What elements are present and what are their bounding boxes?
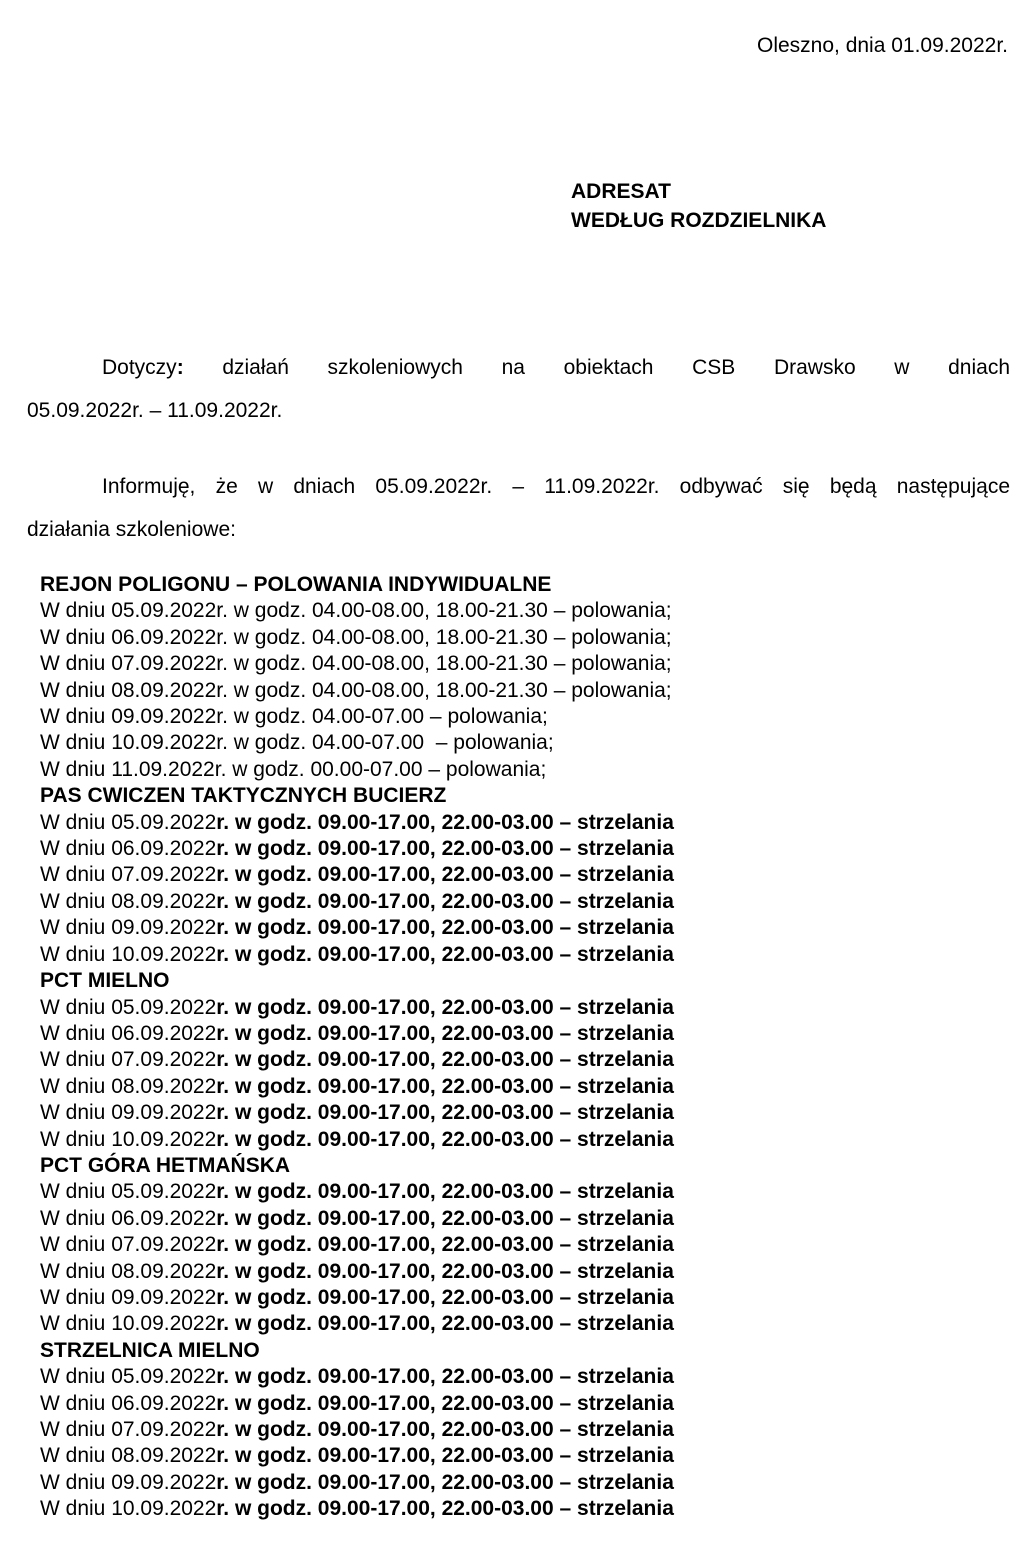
schedule-entry: W dniu 05.09.2022r. w godz. 04.00-08.00,… [40,598,674,624]
schedule-entry: W dniu 06.09.2022r. w godz. 09.00-17.00,… [40,1391,674,1417]
schedule-entry: W dniu 07.09.2022r. w godz. 04.00-08.00,… [40,651,674,677]
schedule-entry: W dniu 08.09.2022r. w godz. 09.00-17.00,… [40,1259,674,1285]
entry-hours: r. w godz. 09.00-17.00, 22.00-03.00 – st… [216,890,674,913]
schedule-section: STRZELNICA MIELNOW dniu 05.09.2022r. w g… [40,1338,674,1523]
schedule-entry: W dniu 07.09.2022r. w godz. 09.00-17.00,… [40,1417,674,1443]
entry-date: W dniu 09.09.2022r. w godz. 04.00-07.00 … [40,705,548,728]
entry-date: W dniu 07.09.2022 [40,1048,216,1071]
entry-date: W dniu 05.09.2022 [40,996,216,1019]
entry-hours: r. w godz. 09.00-17.00, 22.00-03.00 – st… [216,916,674,939]
entry-hours: r. w godz. 09.00-17.00, 22.00-03.00 – st… [216,1075,674,1098]
entry-date: W dniu 05.09.2022 [40,811,216,834]
schedule-section: PCT GÓRA HETMAŃSKAW dniu 05.09.2022r. w … [40,1153,674,1338]
subject-colon: : [177,356,184,379]
entry-date: W dniu 10.09.2022 [40,1497,216,1520]
schedule-entry: W dniu 05.09.2022r. w godz. 09.00-17.00,… [40,995,674,1021]
entry-date: W dniu 06.09.2022 [40,1392,216,1415]
section-title: PAS CWICZEN TAKTYCZNYCH BUCIERZ [40,783,674,809]
entry-hours: r. w godz. 09.00-17.00, 22.00-03.00 – st… [216,1365,674,1388]
entry-date: W dniu 07.09.2022 [40,1418,216,1441]
subject-label: Dotyczy [102,356,177,379]
schedule-entry: W dniu 07.09.2022r. w godz. 09.00-17.00,… [40,862,674,888]
entry-date: W dniu 08.09.2022 [40,890,216,913]
schedule-entry: W dniu 08.09.2022r. w godz. 09.00-17.00,… [40,889,674,915]
entry-hours: r. w godz. 09.00-17.00, 22.00-03.00 – st… [216,1128,674,1151]
entry-hours: r. w godz. 09.00-17.00, 22.00-03.00 – st… [216,863,674,886]
schedule-entry: W dniu 05.09.2022r. w godz. 09.00-17.00,… [40,810,674,836]
entry-hours: r. w godz. 09.00-17.00, 22.00-03.00 – st… [216,1418,674,1441]
intro-line-1: Informuję, że w dniach 05.09.2022r. – 11… [27,465,1010,508]
schedule-entry: W dniu 08.09.2022r. w godz. 09.00-17.00,… [40,1443,674,1469]
entry-date: W dniu 11.09.2022r. w godz. 00.00-07.00 … [40,758,546,781]
entry-hours: r. w godz. 09.00-17.00, 22.00-03.00 – st… [216,837,674,860]
entry-hours: r. w godz. 09.00-17.00, 22.00-03.00 – st… [216,1392,674,1415]
entry-hours: r. w godz. 09.00-17.00, 22.00-03.00 – st… [216,1497,674,1520]
schedule-entry: W dniu 09.09.2022r. w godz. 09.00-17.00,… [40,1100,674,1126]
section-title: PCT GÓRA HETMAŃSKA [40,1153,674,1179]
schedule-entry: W dniu 10.09.2022r. w godz. 09.00-17.00,… [40,1311,674,1337]
entry-date: W dniu 06.09.2022 [40,1022,216,1045]
schedule-entry: W dniu 09.09.2022r. w godz. 04.00-07.00 … [40,704,674,730]
entry-date: W dniu 07.09.2022 [40,1233,216,1256]
entry-date: W dniu 07.09.2022r. w godz. 04.00-08.00,… [40,652,672,675]
subject-line-2: 05.09.2022r. – 11.09.2022r. [27,399,282,422]
schedule-section: PAS CWICZEN TAKTYCZNYCH BUCIERZW dniu 05… [40,783,674,968]
schedule-entry: W dniu 08.09.2022r. w godz. 09.00-17.00,… [40,1074,674,1100]
entry-date: W dniu 10.09.2022 [40,943,216,966]
training-schedule: REJON POLIGONU – POLOWANIA INDYWIDUALNEW… [40,572,674,1523]
schedule-entry: W dniu 11.09.2022r. w godz. 00.00-07.00 … [40,757,674,783]
entry-date: W dniu 06.09.2022 [40,837,216,860]
entry-hours: r. w godz. 09.00-17.00, 22.00-03.00 – st… [216,1260,674,1283]
addressee-line-2: WEDŁUG ROZDZIELNIKA [571,206,826,235]
schedule-entry: W dniu 07.09.2022r. w godz. 09.00-17.00,… [40,1047,674,1073]
schedule-entry: W dniu 09.09.2022r. w godz. 09.00-17.00,… [40,1285,674,1311]
entry-hours: r. w godz. 09.00-17.00, 22.00-03.00 – st… [216,1101,674,1124]
schedule-entry: W dniu 10.09.2022r. w godz. 09.00-17.00,… [40,1127,674,1153]
entry-date: W dniu 09.09.2022 [40,1286,216,1309]
intro-paragraph: Informuję, że w dniach 05.09.2022r. – 11… [27,465,1010,551]
schedule-entry: W dniu 06.09.2022r. w godz. 04.00-08.00,… [40,625,674,651]
section-title: REJON POLIGONU – POLOWANIA INDYWIDUALNE [40,572,674,598]
subject-line-1: Dotyczy: działań szkoleniowych na obiekt… [27,346,1010,389]
entry-date: W dniu 09.09.2022 [40,1471,216,1494]
schedule-entry: W dniu 07.09.2022r. w godz. 09.00-17.00,… [40,1232,674,1258]
entry-hours: r. w godz. 09.00-17.00, 22.00-03.00 – st… [216,1180,674,1203]
schedule-entry: W dniu 05.09.2022r. w godz. 09.00-17.00,… [40,1364,674,1390]
entry-date: W dniu 10.09.2022 [40,1128,216,1151]
schedule-entry: W dniu 10.09.2022r. w godz. 09.00-17.00,… [40,942,674,968]
entry-hours: r. w godz. 09.00-17.00, 22.00-03.00 – st… [216,943,674,966]
entry-date: W dniu 05.09.2022r. w godz. 04.00-08.00,… [40,599,672,622]
subject-paragraph: Dotyczy: działań szkoleniowych na obiekt… [27,346,1010,432]
schedule-entry: W dniu 09.09.2022r. w godz. 09.00-17.00,… [40,915,674,941]
entry-date: W dniu 05.09.2022 [40,1365,216,1388]
intro-line-2: działania szkoleniowe: [27,518,236,541]
schedule-entry: W dniu 06.09.2022r. w godz. 09.00-17.00,… [40,1206,674,1232]
entry-hours: r. w godz. 09.00-17.00, 22.00-03.00 – st… [216,1471,674,1494]
place-and-date: Oleszno, dnia 01.09.2022r. [757,34,1008,58]
entry-hours: r. w godz. 09.00-17.00, 22.00-03.00 – st… [216,1444,674,1467]
entry-date: W dniu 10.09.2022r. w godz. 04.00-07.00 … [40,731,554,754]
schedule-entry: W dniu 09.09.2022r. w godz. 09.00-17.00,… [40,1470,674,1496]
entry-date: W dniu 07.09.2022 [40,863,216,886]
entry-date: W dniu 08.09.2022 [40,1075,216,1098]
schedule-entry: W dniu 10.09.2022r. w godz. 04.00-07.00 … [40,730,674,756]
entry-date: W dniu 09.09.2022 [40,916,216,939]
schedule-entry: W dniu 05.09.2022r. w godz. 09.00-17.00,… [40,1179,674,1205]
schedule-section: REJON POLIGONU – POLOWANIA INDYWIDUALNEW… [40,572,674,783]
subject-text: działań szkoleniowych na obiektach CSB D… [184,356,1010,379]
entry-hours: r. w godz. 09.00-17.00, 22.00-03.00 – st… [216,1048,674,1071]
entry-hours: r. w godz. 09.00-17.00, 22.00-03.00 – st… [216,811,674,834]
entry-date: W dniu 06.09.2022r. w godz. 04.00-08.00,… [40,626,672,649]
addressee-block: ADRESAT WEDŁUG ROZDZIELNIKA [571,177,826,235]
entry-date: W dniu 09.09.2022 [40,1101,216,1124]
section-title: STRZELNICA MIELNO [40,1338,674,1364]
schedule-entry: W dniu 10.09.2022r. w godz. 09.00-17.00,… [40,1496,674,1522]
entry-date: W dniu 05.09.2022 [40,1180,216,1203]
section-title: PCT MIELNO [40,968,674,994]
entry-hours: r. w godz. 09.00-17.00, 22.00-03.00 – st… [216,1286,674,1309]
entry-hours: r. w godz. 09.00-17.00, 22.00-03.00 – st… [216,996,674,1019]
entry-date: W dniu 08.09.2022r. w godz. 04.00-08.00,… [40,679,672,702]
entry-hours: r. w godz. 09.00-17.00, 22.00-03.00 – st… [216,1312,674,1335]
addressee-line-1: ADRESAT [571,177,826,206]
schedule-entry: W dniu 08.09.2022r. w godz. 04.00-08.00,… [40,678,674,704]
entry-date: W dniu 08.09.2022 [40,1260,216,1283]
entry-date: W dniu 10.09.2022 [40,1312,216,1335]
entry-date: W dniu 06.09.2022 [40,1207,216,1230]
entry-hours: r. w godz. 09.00-17.00, 22.00-03.00 – st… [216,1207,674,1230]
entry-hours: r. w godz. 09.00-17.00, 22.00-03.00 – st… [216,1233,674,1256]
entry-date: W dniu 08.09.2022 [40,1444,216,1467]
schedule-entry: W dniu 06.09.2022r. w godz. 09.00-17.00,… [40,1021,674,1047]
schedule-section: PCT MIELNOW dniu 05.09.2022r. w godz. 09… [40,968,674,1153]
entry-hours: r. w godz. 09.00-17.00, 22.00-03.00 – st… [216,1022,674,1045]
schedule-entry: W dniu 06.09.2022r. w godz. 09.00-17.00,… [40,836,674,862]
